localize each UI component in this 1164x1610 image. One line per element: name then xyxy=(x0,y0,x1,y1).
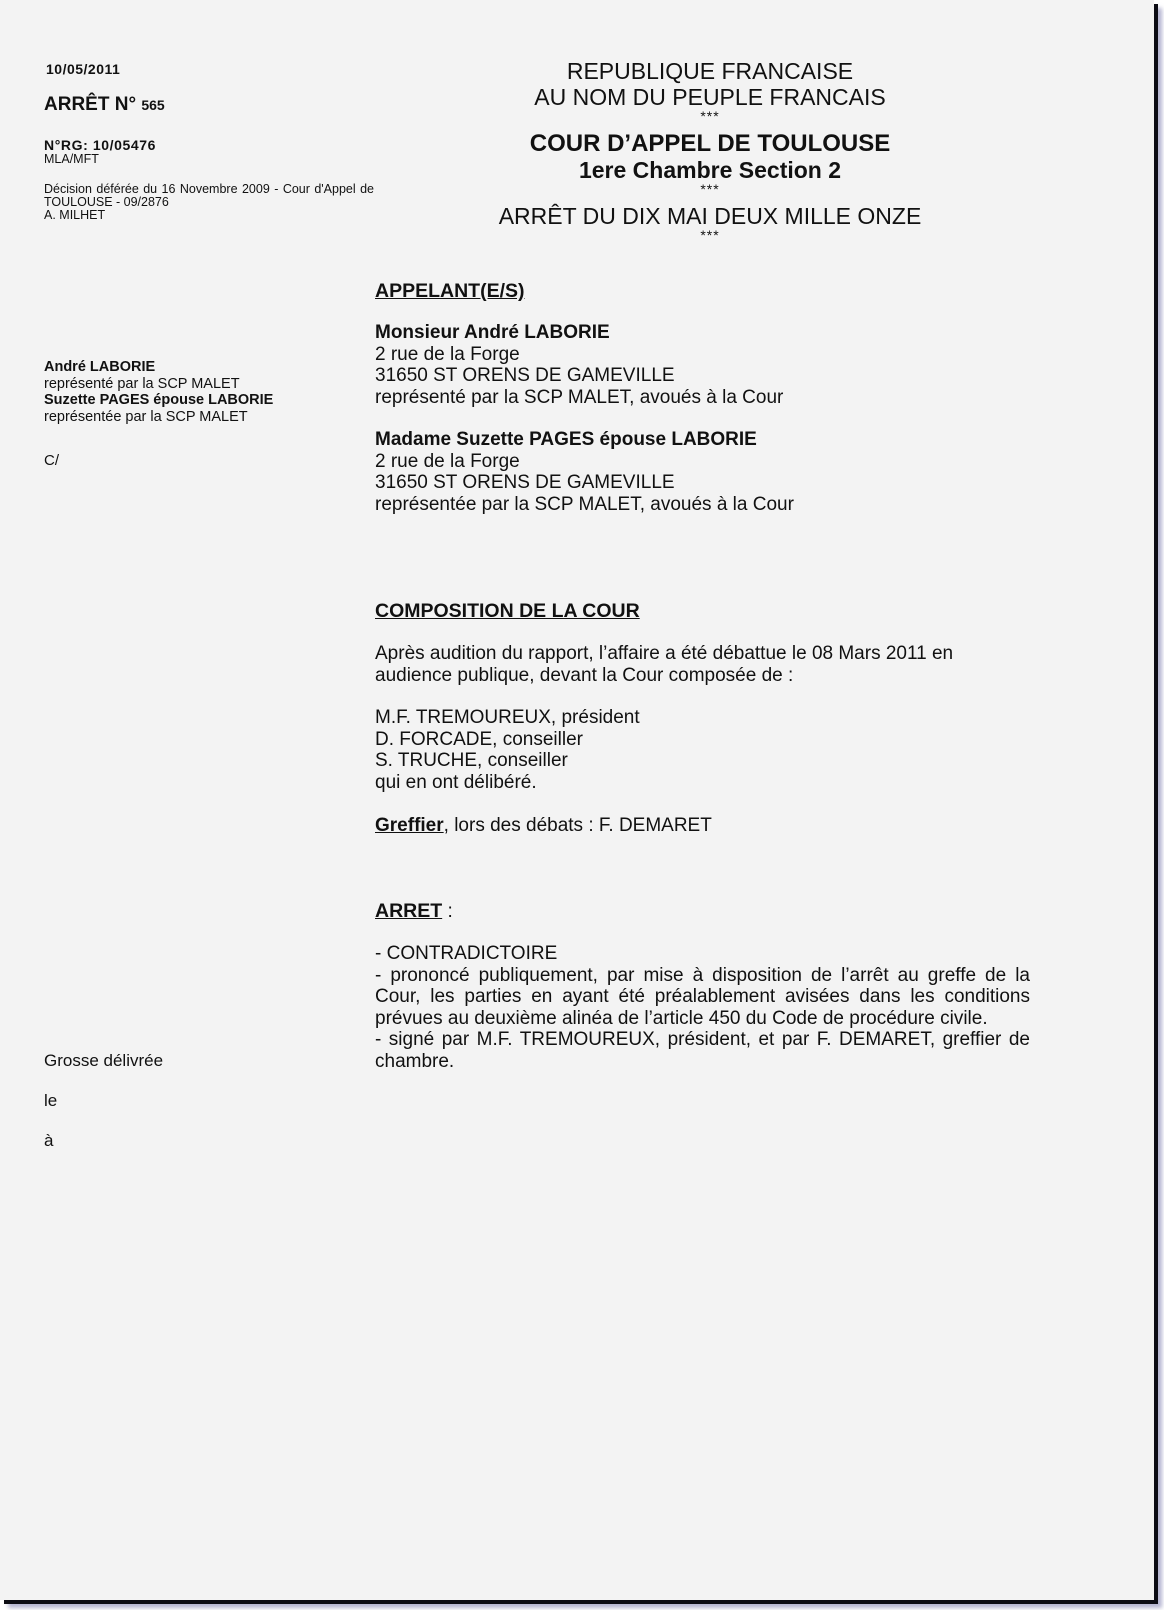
republic-title: REPUBLIQUE FRANCAISE xyxy=(460,58,960,84)
arret-heading: ARRET : xyxy=(375,901,1030,923)
greffier-label: Greffier xyxy=(375,815,444,836)
separator-stars: *** xyxy=(460,229,960,241)
document-header: REPUBLIQUE FRANCAISE AU NOM DU PEUPLE FR… xyxy=(460,58,960,241)
arret-item: - CONTRADICTOIRE xyxy=(375,943,1030,965)
grosse-label: Grosse délivrée xyxy=(44,1051,163,1071)
decision-judge: A. MILHET xyxy=(44,209,374,222)
party-name: André LABORIE xyxy=(44,359,273,376)
arret-item: - prononcé publiquement, par mise à disp… xyxy=(375,965,1030,1030)
arret-number: ARRÊT N° 565 xyxy=(44,94,165,116)
rg-number: N°RG: 10/05476 xyxy=(44,137,156,153)
composition-heading: COMPOSITION DE LA COUR xyxy=(375,601,1030,623)
separator-stars: *** xyxy=(460,183,960,195)
decision-referred: Décision déférée du 16 Novembre 2009 - C… xyxy=(44,183,374,222)
chamber-name: 1ere Chambre Section 2 xyxy=(460,157,960,183)
greffier-line: Greffier, lors des débats : F. DEMARET xyxy=(375,815,1030,837)
appelant-party: Monsieur André LABORIE 2 rue de la Forge… xyxy=(375,322,1030,408)
contre-label: C/ xyxy=(44,452,59,469)
people-title: AU NOM DU PEUPLE FRANCAIS xyxy=(460,84,960,110)
party-address: 2 rue de la Forge xyxy=(375,451,1030,473)
party-representation: représentée par la SCP MALET, avoués à l… xyxy=(375,494,1030,516)
arret-date-title: ARRÊT DU DIX MAI DEUX MILLE ONZE xyxy=(460,203,960,229)
greffier-text: , lors des débats : F. DEMARET xyxy=(444,815,712,836)
judges-list: M.F. TREMOUREUX, président D. FORCADE, c… xyxy=(375,707,1030,793)
arret-item: - signé par M.F. TREMOUREUX, président, … xyxy=(375,1029,1030,1072)
arret-heading-suffix: : xyxy=(442,901,453,922)
appelant-party: Madame Suzette PAGES épouse LABORIE 2 ru… xyxy=(375,429,1030,515)
decision-line: Décision déférée du 16 Novembre 2009 - C… xyxy=(44,183,374,209)
parties-summary: André LABORIE représenté par la SCP MALE… xyxy=(44,359,273,425)
party-city: 31650 ST ORENS DE GAMEVILLE xyxy=(375,365,1030,387)
separator-stars: *** xyxy=(460,110,960,122)
document-page: 10/05/2011 ARRÊT N° 565 N°RG: 10/05476 M… xyxy=(0,0,1154,1600)
judge-item: S. TRUCHE, conseiller xyxy=(375,750,1030,772)
party-name: Madame Suzette PAGES épouse LABORIE xyxy=(375,429,1030,451)
arret-label: ARRÊT N° xyxy=(44,94,136,115)
initials: MLA/MFT xyxy=(44,153,99,166)
party-city: 31650 ST ORENS DE GAMEVILLE xyxy=(375,472,1030,494)
grosse-recipient-label: à xyxy=(44,1131,53,1151)
composition-text: Après audition du rapport, l’affaire a é… xyxy=(375,643,1030,686)
arret-heading-label: ARRET xyxy=(375,900,442,922)
arret-list: - CONTRADICTOIRE - prononcé publiquement… xyxy=(375,943,1030,1072)
party-representation: représenté par la SCP MALET xyxy=(44,376,273,393)
party-name: Monsieur André LABORIE xyxy=(375,322,1030,344)
appelants-heading: APPELANT(E/S) xyxy=(375,281,1030,303)
grosse-date-label: le xyxy=(44,1091,57,1111)
judge-item: D. FORCADE, conseiller xyxy=(375,729,1030,751)
arret-number-value: 565 xyxy=(141,97,164,113)
judge-item: M.F. TREMOUREUX, président xyxy=(375,707,1030,729)
judge-item: qui en ont délibéré. xyxy=(375,772,1030,794)
court-name: COUR D’APPEL DE TOULOUSE xyxy=(460,130,960,157)
party-representation: représentée par la SCP MALET xyxy=(44,409,273,426)
party-address: 2 rue de la Forge xyxy=(375,344,1030,366)
party-name: Suzette PAGES épouse LABORIE xyxy=(44,392,273,409)
party-representation: représenté par la SCP MALET, avoués à la… xyxy=(375,387,1030,409)
decision-date: 10/05/2011 xyxy=(46,61,120,77)
